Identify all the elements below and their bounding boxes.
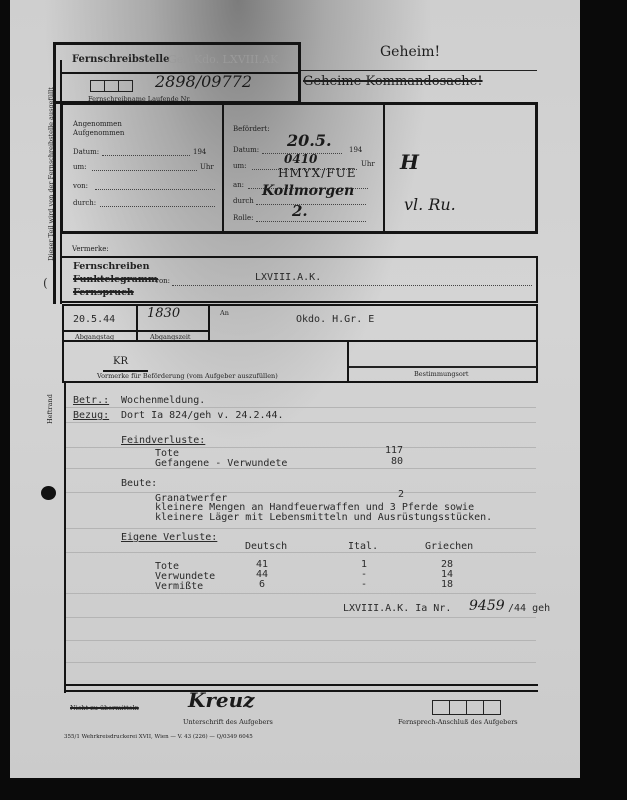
ruled-line <box>66 422 536 423</box>
teletype-box <box>90 80 105 92</box>
received-datum-label: Datum: <box>73 148 99 156</box>
received-um-line <box>92 170 197 171</box>
classification-title: Geheim! <box>380 44 440 60</box>
initials-note: vl. Ru. <box>404 195 456 214</box>
forwarded-rolle-label: Rolle: <box>233 214 253 222</box>
ruled-line <box>66 528 536 529</box>
phone-box <box>449 700 467 715</box>
reference-number-handwritten: 2898/09772 <box>155 72 252 91</box>
teletype-name-boxes <box>90 77 132 96</box>
message-from-value: LXVIII.A.K. <box>255 272 321 283</box>
dispatch-date-divider <box>136 304 138 341</box>
received-uhr-label: Uhr <box>200 163 214 171</box>
ruled-line <box>66 468 536 469</box>
own-losses-cell: 6 <box>247 580 277 590</box>
own-losses-column-header: Griechen <box>425 542 473 552</box>
ruled-line <box>66 662 536 663</box>
phone-box <box>466 700 484 715</box>
dispatch-time-caption: Abgangszeit <box>150 333 191 341</box>
received-datum-line <box>102 155 190 156</box>
received-divider <box>222 104 224 232</box>
forwarded-rolle-line <box>256 221 366 222</box>
classification-struck: Geheime Kommandosache! <box>303 74 483 89</box>
received-durch-line <box>100 206 215 207</box>
forwarded-year: 194 <box>349 146 362 154</box>
phone-box <box>432 700 450 715</box>
footer-double-line-bottom <box>66 690 538 692</box>
signature: Kreuz <box>188 688 255 712</box>
initials-mark: H <box>400 150 419 174</box>
own-losses-column-header: Deutsch <box>245 542 287 552</box>
forwarded-durch-label: durch <box>233 197 254 205</box>
destination-divider <box>347 340 349 382</box>
recipient-value: Okdo. H.Gr. E <box>296 314 374 325</box>
not-transmit-label: Nicht zu übermitteln <box>70 704 139 712</box>
received-durch-label: durch: <box>73 199 96 207</box>
forwarded-durch-line <box>256 204 366 205</box>
received-year: 194 <box>193 148 206 156</box>
reference-value: Dort Ia 824/geh v. 24.2.44. <box>121 410 284 421</box>
forwarded-divider <box>383 104 385 232</box>
ruled-line <box>66 447 536 448</box>
forwarded-an-value: HMYX/FUE <box>278 166 356 180</box>
ruled-line <box>66 640 536 641</box>
message-from-label: von: <box>155 277 170 285</box>
destination-caption: Bestimmungsort <box>414 370 468 378</box>
enemy-losses-value: 117 <box>385 446 403 456</box>
forwarded-um-label: um: <box>233 162 247 170</box>
body-left-border <box>64 383 66 693</box>
received-um-label: um: <box>73 163 87 171</box>
message-type-line-2: Funktelegramm <box>73 274 158 285</box>
footer-double-line-top <box>66 684 538 686</box>
dispatch-caption-line <box>62 330 208 332</box>
forwarded-datum-label: Datum: <box>233 146 259 154</box>
closing-reference-number: 9459 <box>469 598 505 614</box>
message-type-line-1: Fernschreiben <box>73 261 149 272</box>
ruled-line <box>66 552 536 553</box>
phone-boxes <box>432 700 500 719</box>
own-losses-cell: - <box>349 580 379 590</box>
forwarded-datum-value: 20.5. <box>287 131 332 150</box>
dispatch-time-divider <box>208 304 210 341</box>
ruled-line <box>66 407 536 408</box>
booty-count: 2 <box>398 490 404 500</box>
forwarded-title: Befördert: <box>233 125 270 133</box>
subject-label: Betr.: <box>73 395 109 406</box>
ruled-line <box>66 593 536 594</box>
margin-label: Heftrand <box>46 384 54 424</box>
phone-box <box>483 700 501 715</box>
dispatch-row-divider <box>62 340 538 342</box>
left-border <box>53 42 56 304</box>
enemy-losses-title: Feindverluste: <box>121 435 205 446</box>
forwarded-um-value: 0410 <box>284 152 317 166</box>
office-label: Fernschreibstelle <box>72 54 169 65</box>
message-from-line <box>172 285 532 286</box>
office-stamp: Gen.Kdo. LXVIII.AK <box>168 53 278 66</box>
message-type-line-3: Fernspruch <box>73 287 134 298</box>
received-title-1: Angenommen <box>73 120 122 128</box>
booty-line-3: kleinere Läger mit Lebensmitteln und Aus… <box>155 513 492 523</box>
teletype-box <box>104 80 119 92</box>
priority-caption: Vormerke für Beförderung (vom Aufgeber a… <box>97 372 278 380</box>
enemy-losses-label: Gefangene - Verwundete <box>155 459 287 469</box>
dispatch-time-value: 1830 <box>147 306 180 321</box>
priority-value: KR <box>113 356 128 367</box>
forwarded-rolle-value: 2. <box>292 202 308 220</box>
enemy-losses-value: 80 <box>391 457 403 467</box>
ruled-line <box>66 492 536 493</box>
binding-hole <box>41 486 56 500</box>
own-losses-row-label: Vermißte <box>155 582 203 592</box>
dispatch-date-caption: Abgangstag <box>75 333 114 341</box>
teletype-box <box>118 80 133 92</box>
hole-punch: ( <box>43 276 48 290</box>
closing-reference-suffix: /44 geh <box>508 603 550 614</box>
forwarded-uhr-label: Uhr <box>361 160 375 168</box>
forwarded-durch-value: Kollmorgen <box>262 183 354 199</box>
signature-caption: Unterschrift des Aufgebers <box>183 718 273 726</box>
booty-title: Beute: <box>121 478 157 489</box>
received-von-label: von: <box>73 182 88 190</box>
ruled-line <box>66 617 536 618</box>
closing-reference-prefix: LXVIII.A.K. Ia Nr. <box>343 603 451 614</box>
received-von-line <box>95 189 215 190</box>
dispatch-date-value: 20.5.44 <box>73 314 115 325</box>
own-losses-cell: 18 <box>432 580 462 590</box>
forwarded-an-label: an: <box>233 181 244 189</box>
phone-caption: Fernsprech-Anschluß des Aufgebers <box>398 718 518 726</box>
vermerke-label: Vermerke: <box>72 245 109 253</box>
destination-line <box>349 366 537 368</box>
reference-label: Bezug: <box>73 410 109 421</box>
classification-divider <box>301 70 537 71</box>
printer-line: 355/1 Wehrkreisdruckerei XVII, Wien — V.… <box>64 734 253 740</box>
own-losses-title: Eigene Verluste: <box>121 532 217 543</box>
own-losses-column-header: Ital. <box>348 542 378 552</box>
subject-value: Wochenmeldung. <box>121 395 205 406</box>
recipient-label: An <box>220 309 229 317</box>
received-title-2: Aufgenommen <box>73 129 124 137</box>
